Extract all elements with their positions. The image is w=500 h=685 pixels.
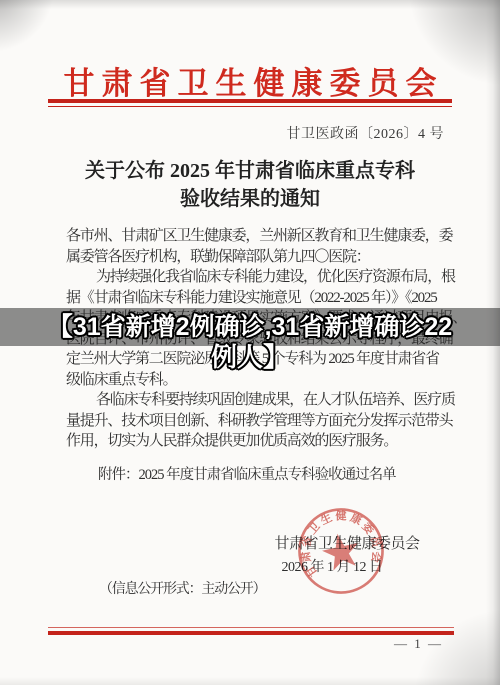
body-line: 为持续强化我省临床专科能力建设，优化医疗资源布局，根 xyxy=(66,267,450,288)
letterhead-divider xyxy=(48,99,452,107)
agency-letterhead: 甘肃省卫生健康委员会 xyxy=(0,58,500,103)
document-photo: 甘肃省卫生健康委员会 甘卫医政函〔2026〕4 号 关于公布 2025 年甘肃省… xyxy=(0,0,500,685)
document-title-line2: 验收结果的通知 xyxy=(0,185,500,213)
document-title: 关于公布 2025 年甘肃省临床重点专科 验收结果的通知 xyxy=(0,157,500,213)
document-reference-number: 甘卫医政函〔2026〕4 号 xyxy=(287,123,445,143)
body-line: 量提升、技术项目创新、科研教学管理等方面充分发挥示范带头 xyxy=(66,411,450,432)
disclosure-note: （信息公开形式：主动公开） xyxy=(99,578,265,598)
body-line: 作用，切实为人民群众提供更加优质高效的医疗服务。 xyxy=(66,431,450,452)
caption-text-line2: 例人】 xyxy=(0,341,500,373)
body-line: 据《甘肃省临床专科能力建设实施意见（2022-2025 年）》《2025 xyxy=(66,288,450,309)
body-line: 属委管各医疗机构，联勤保障部队第九四〇医院： xyxy=(66,247,450,268)
seal-star-icon xyxy=(319,530,362,572)
caption-text-line1: 【31省新增2例确诊,31省新增确诊22 xyxy=(0,310,500,344)
document-title-line1: 关于公布 2025 年甘肃省临床重点专科 xyxy=(0,157,500,185)
footer-divider xyxy=(48,627,454,635)
page-number: — 1 — xyxy=(394,636,443,652)
body-line: 各临床专科要持续巩固创建成果，在人才队伍培养、医疗质 xyxy=(66,390,450,411)
body-line: 各市州、甘肃矿区卫生健康委，兰州新区教育和卫生健康委，委 xyxy=(66,226,450,247)
official-seal-stamp: 甘肃省卫生健康委员会 xyxy=(278,488,404,614)
attachment-note: 附件：2025 年度甘肃省临床重点专科验收通过名单 xyxy=(98,463,396,484)
